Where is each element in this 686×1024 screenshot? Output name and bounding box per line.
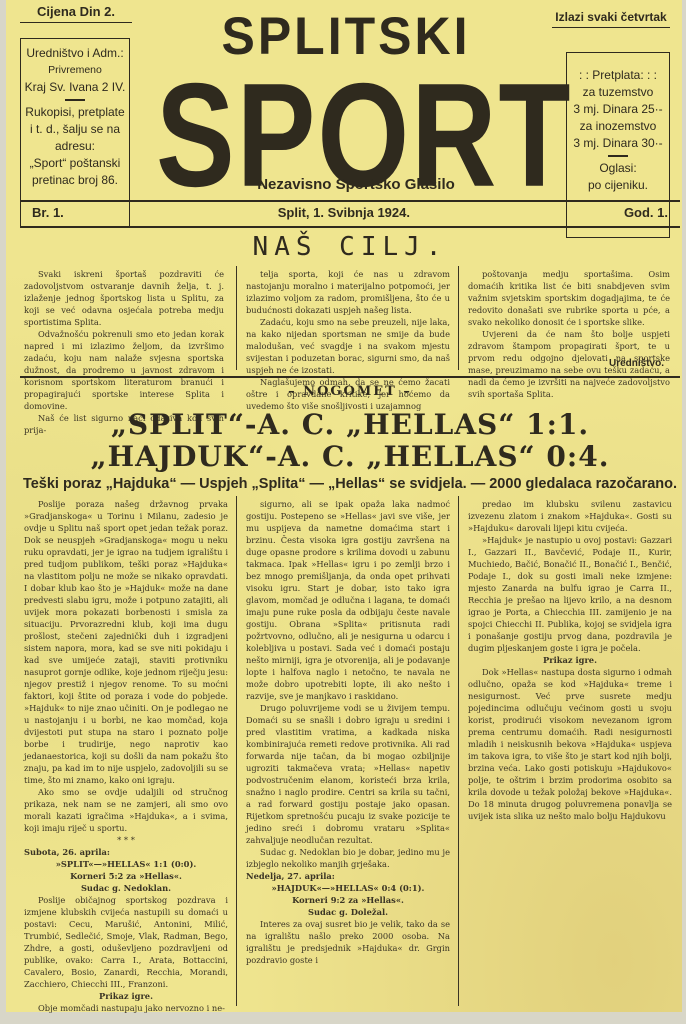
separator: * * * bbox=[24, 834, 228, 846]
paragraph: »Hajduk« je nastupio u ovoj postavi: Gaz… bbox=[468, 534, 672, 654]
paragraph: sigurno, ali se ipak opaža laka nadmoć g… bbox=[246, 498, 450, 702]
match-headline-hajduk: „HAJDUK“-A. C. „HELLAS“ 0:4. bbox=[20, 442, 680, 472]
address-line: „Sport“ poštanski bbox=[21, 155, 129, 172]
address-line: Privremeno bbox=[21, 62, 129, 79]
section-label: – NOGOMET – bbox=[20, 384, 680, 399]
review-heading: Prikaz igre. bbox=[468, 654, 672, 666]
divider bbox=[608, 155, 628, 157]
article-column-2: sigurno, ali se ipak opaža laka nadmoć g… bbox=[246, 498, 450, 966]
match-referee: Sudac g. Nedoklan. bbox=[24, 882, 228, 894]
paragraph: Drugo poluvrijeme vodi se u živijem temp… bbox=[246, 702, 450, 846]
paragraph: Obje momčadi nastupaju jako nervozno i n… bbox=[24, 1002, 228, 1014]
article-column-3: predao im klubsku svilenu zastavicu izve… bbox=[468, 498, 672, 822]
paragraph: poštovanja medju sportašima. Osim domaći… bbox=[468, 268, 670, 328]
paragraph: Dok »Hellas« nastupa dosta sigurno i odm… bbox=[468, 666, 672, 822]
subscription-line: 3 mj. Dinara 25·- bbox=[567, 101, 669, 118]
address-line: adresu: bbox=[21, 138, 129, 155]
paragraph: Interes za ovaj susret bio je velik, tak… bbox=[246, 918, 450, 966]
dateline: Split, 1. Svibnja 1924. bbox=[278, 205, 410, 220]
paragraph: telja sporta, koji će nas u zdravom nast… bbox=[246, 268, 450, 316]
paragraph: Poslije običajnog sportskog pozdrava i i… bbox=[24, 894, 228, 990]
subscription-line: : : Pretplata: : : bbox=[567, 67, 669, 84]
review-heading: Prikaz igre. bbox=[24, 990, 228, 1002]
column-divider bbox=[236, 496, 237, 1006]
subscription-line: Oglasi: bbox=[567, 160, 669, 177]
address-line: Rukopisi, pretplate bbox=[21, 104, 129, 121]
match-corners: Korneri 9:2 za »Hellas«. bbox=[246, 894, 450, 906]
match-result: »HAJDUK«—»HELLAS« 0:4 (0:1). bbox=[246, 882, 450, 894]
column-divider bbox=[458, 496, 459, 1006]
rule-divider bbox=[20, 376, 680, 378]
paragraph: Sudac g. Nedoklan bio je dobar, jedino m… bbox=[246, 846, 450, 870]
subscription-line: po cijeniku. bbox=[567, 177, 669, 194]
editorial-headline: NAŠ CILJ. bbox=[20, 232, 680, 262]
address-line: Uredništvo i Adm.: bbox=[21, 45, 129, 62]
address-line: Kraj Sv. Ivana 2 IV. bbox=[21, 79, 129, 96]
paragraph: Svaki iskreni športaš pozdraviti će zado… bbox=[24, 268, 224, 328]
rule-divider bbox=[20, 226, 680, 228]
match-date: Nedelja, 27. aprila: bbox=[246, 870, 450, 882]
paragraph: Ako smo se ovdje udaljili od stručnog pr… bbox=[24, 786, 228, 834]
divider bbox=[65, 99, 85, 101]
address-line: pretinac broj 86. bbox=[21, 172, 129, 189]
match-date: Subota, 26. aprila: bbox=[24, 846, 228, 858]
column-divider bbox=[458, 266, 459, 370]
article-column-1: Poslije poraza našeg državnog prvaka »Gr… bbox=[24, 498, 228, 1014]
paragraph: Odvažnošću pokrenuli smo eto jedan korak… bbox=[24, 328, 224, 412]
editorial-signature: Uredništvo. bbox=[609, 358, 664, 369]
publication-frequency: Izlazi svaki četvrtak bbox=[552, 10, 670, 28]
article-deck: Teški poraz „Hajduka“ — Uspjeh „Splita“ … bbox=[20, 476, 680, 492]
paragraph: predao im klubsku svilenu zastavicu izve… bbox=[468, 498, 672, 534]
subscription-line: za inozemstvo bbox=[567, 118, 669, 135]
masthead-subtitle: Nezavisno Sportsko Glasilo bbox=[156, 176, 556, 193]
column-divider bbox=[236, 266, 237, 370]
newspaper-page: Cijena Din 2. Izlazi svaki četvrtak Ured… bbox=[6, 0, 682, 1012]
paragraph: Poslije poraza našeg državnog prvaka »Gr… bbox=[24, 498, 228, 786]
rule-divider bbox=[20, 200, 680, 202]
match-corners: Korneri 5:2 za »Hellas«. bbox=[24, 870, 228, 882]
subscription-line: za tuzemstvo bbox=[567, 84, 669, 101]
match-headline-split: „SPLIT“-A. C. „HELLAS“ 1:1. bbox=[20, 410, 680, 440]
match-referee: Sudac g. Doležal. bbox=[246, 906, 450, 918]
editorial-column-3: poštovanja medju sportašima. Osim domaći… bbox=[468, 268, 670, 400]
year-number: God. 1. bbox=[624, 205, 668, 220]
issue-number: Br. 1. bbox=[32, 205, 64, 220]
subscription-line: 3 mj. Dinara 30·- bbox=[567, 135, 669, 152]
match-result: »SPLIT«—»HELLAS« 1:1 (0:0). bbox=[24, 858, 228, 870]
issue-info-row: Br. 1. Split, 1. Svibnja 1924. God. 1. bbox=[20, 205, 680, 220]
price-label: Cijena Din 2. bbox=[20, 4, 132, 23]
address-line: i t. d., šalju se na bbox=[21, 121, 129, 138]
paragraph: Zadaću, koju smo na sebe preuzeli, nije … bbox=[246, 316, 450, 376]
